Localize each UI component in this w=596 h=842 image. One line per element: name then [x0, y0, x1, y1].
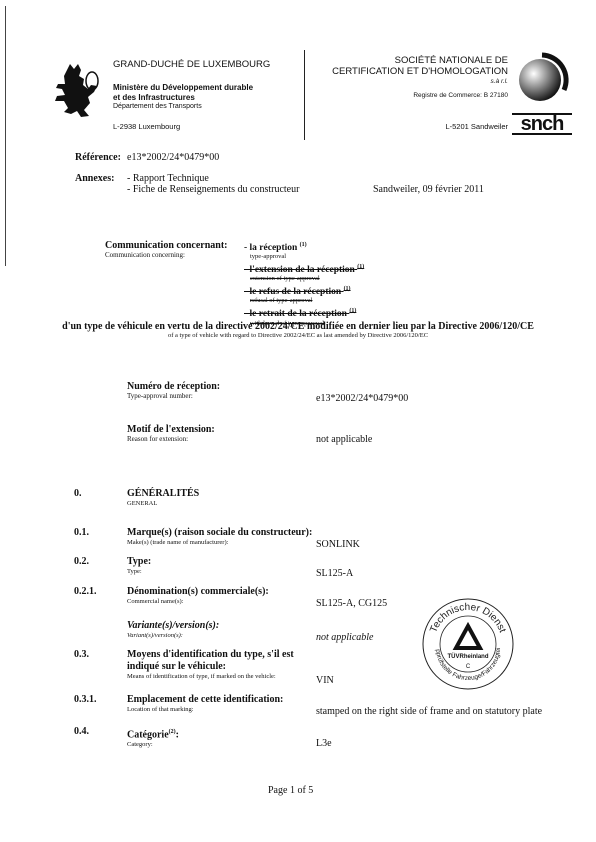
- approval-number-label-fr: Numéro de réception:: [127, 381, 220, 392]
- lion-crest-icon: [52, 60, 110, 120]
- annexes-label: Annexes:: [75, 173, 114, 184]
- reference-label: Référence:: [75, 152, 121, 163]
- svg-text:TÜVRheinland: TÜVRheinland: [447, 653, 488, 660]
- ministry-line-2: et des Infrastructures: [113, 93, 253, 103]
- section-label: Dénomination(s) commerciale(s): Commerci…: [127, 586, 269, 605]
- left-address: L-2938 Luxembourg: [113, 122, 180, 131]
- section-label: GÉNÉRALITÉS GENERAL: [127, 488, 199, 507]
- directive-en: of a type of vehicle with regard to Dire…: [0, 332, 596, 339]
- section-label-en: Commercial name(s):: [127, 598, 269, 605]
- annexes-list: - Rapport Technique - Fiche de Renseigne…: [127, 173, 299, 195]
- approval-number-value: e13*2002/24*0479*00: [316, 393, 408, 404]
- footnote-ref: (1): [349, 308, 356, 314]
- legal-form: s.à r.l.: [491, 78, 508, 85]
- section-label-en: Location of that marking:: [127, 706, 283, 713]
- registry-number: Registre de Commerce: B 27180: [413, 92, 508, 99]
- footnote-ref: (1): [300, 242, 307, 248]
- section-number: 0.2.: [74, 556, 89, 567]
- section-label-fr: Variante(s)/version(s):: [127, 620, 219, 631]
- footnote-ref: (2): [169, 729, 176, 735]
- section-number: 0.4.: [74, 726, 89, 737]
- option-fr: - le refus de la réception: [244, 287, 341, 297]
- globe-icon: [512, 52, 572, 108]
- approval-number-label: Numéro de réception: Type-approval numbe…: [127, 381, 220, 400]
- ministry-name: Ministère du Développement durable et de…: [113, 83, 253, 103]
- section-value: SONLINK: [316, 539, 360, 550]
- section-label: Variante(s)/version(s): Variant(s)/versi…: [127, 620, 219, 639]
- page-number: Page 1 of 5: [268, 785, 313, 796]
- communication-options: - la réception (1) type-approval- l'exte…: [244, 240, 364, 329]
- section-label-en: Category:: [127, 741, 179, 748]
- communication-option: - l'extension de la réception (1) extens…: [244, 262, 364, 283]
- annex-item: - Fiche de Renseignements du constructeu…: [127, 184, 299, 195]
- section-number: 0.: [74, 488, 82, 499]
- section-label: Moyens d'identification du type, s'il es…: [127, 649, 317, 680]
- option-fr: - la réception: [244, 243, 297, 253]
- section-label: Marque(s) (raison sociale du constructeu…: [127, 527, 312, 546]
- section-label-en: GENERAL: [127, 500, 199, 507]
- header-divider: [304, 50, 305, 140]
- communication-label-group: Communication concernant: Communication …: [105, 240, 228, 259]
- section-label: Catégorie(2): Category:: [127, 726, 179, 748]
- org-line-1: SOCIÉTÉ NATIONALE DE: [332, 55, 508, 66]
- snch-wordmark: snch: [512, 113, 572, 135]
- option-en: refusal of type-approval: [244, 297, 364, 305]
- section-label: Emplacement de cette identification: Loc…: [127, 694, 283, 713]
- section-number: 0.3.1.: [74, 694, 97, 705]
- section-value: L3e: [316, 738, 332, 749]
- option-fr: - l'extension de la réception: [244, 265, 355, 275]
- directive-fr: d'un type de véhicule en vertu de la dir…: [0, 321, 596, 332]
- snch-logo: snch: [512, 52, 572, 130]
- directive: d'un type de véhicule en vertu de la dir…: [0, 321, 596, 339]
- option-en: type-approval: [244, 253, 364, 261]
- section-label-en: Make(s) (trade name of manufacturer):: [127, 539, 312, 546]
- section-number: 0.1.: [74, 527, 89, 538]
- section-label-fr: GÉNÉRALITÉS: [127, 488, 199, 499]
- approval-number-label-en: Type-approval number:: [127, 392, 220, 400]
- section-label: Type: Type:: [127, 556, 151, 575]
- section-value: SL125-A, CG125: [316, 598, 387, 609]
- footnote-ref: (1): [357, 264, 364, 270]
- section-number: 0.2.1.: [74, 586, 97, 597]
- section-value: VIN: [316, 675, 334, 686]
- extension-reason-value: not applicable: [316, 434, 372, 445]
- margin-rule: [5, 6, 6, 266]
- extension-reason-label-fr: Motif de l'extension:: [127, 424, 215, 435]
- label-suffix: :: [176, 729, 179, 740]
- footnote-ref: (1): [344, 286, 351, 292]
- communication-option: - le refus de la réception (1) refusal o…: [244, 284, 364, 305]
- org-name: SOCIÉTÉ NATIONALE DE CERTIFICATION ET D'…: [332, 55, 508, 77]
- option-en: extension of type-approval: [244, 275, 364, 283]
- svg-text:C: C: [466, 664, 471, 670]
- section-label-en: Type:: [127, 568, 151, 575]
- section-number: 0.3.: [74, 649, 89, 660]
- place-date: Sandweiler, 09 février 2011: [373, 184, 484, 195]
- section-label-fr: Dénomination(s) commerciale(s):: [127, 586, 269, 597]
- section-label-fr: Marque(s) (raison sociale du constructeu…: [127, 527, 312, 538]
- reference-value: e13*2002/24*0479*00: [127, 152, 219, 163]
- communication-option: - la réception (1) type-approval: [244, 240, 364, 261]
- communication-label: Communication concernant:: [105, 240, 228, 251]
- section-label-fr: Emplacement de cette identification:: [127, 694, 283, 705]
- annex-item: - Rapport Technique: [127, 173, 299, 184]
- right-address: L-5201 Sandweiler: [445, 122, 508, 131]
- ministry-line-1: Ministère du Développement durable: [113, 83, 253, 93]
- extension-reason-label-en: Reason for extension:: [127, 435, 215, 443]
- department-name: Département des Transports: [113, 103, 202, 110]
- communication-label-en: Communication concerning:: [105, 251, 228, 259]
- section-value: stamped on the right side of frame and o…: [316, 706, 542, 717]
- extension-reason-label: Motif de l'extension: Reason for extensi…: [127, 424, 215, 443]
- org-line-2: CERTIFICATION ET D'HOMOLOGATION: [332, 66, 508, 77]
- section-label-fr: Catégorie: [127, 729, 169, 740]
- section-value: not applicable: [316, 632, 374, 643]
- section-label-en: Means of identification of type, if mark…: [127, 673, 317, 680]
- option-fr: - le retrait de la réception: [244, 310, 347, 320]
- section-label-fr: Type:: [127, 556, 151, 567]
- section-label-fr: Moyens d'identification du type, s'il es…: [127, 649, 294, 672]
- section-label-en: Variant(s)/version(s):: [127, 632, 219, 639]
- country-name: GRAND-DUCHÉ DE LUXEMBOURG: [113, 59, 270, 70]
- section-value: SL125-A: [316, 568, 353, 579]
- tuv-stamp-icon: Technischer Dienst Typprüfstelle Fahrzeu…: [420, 596, 516, 692]
